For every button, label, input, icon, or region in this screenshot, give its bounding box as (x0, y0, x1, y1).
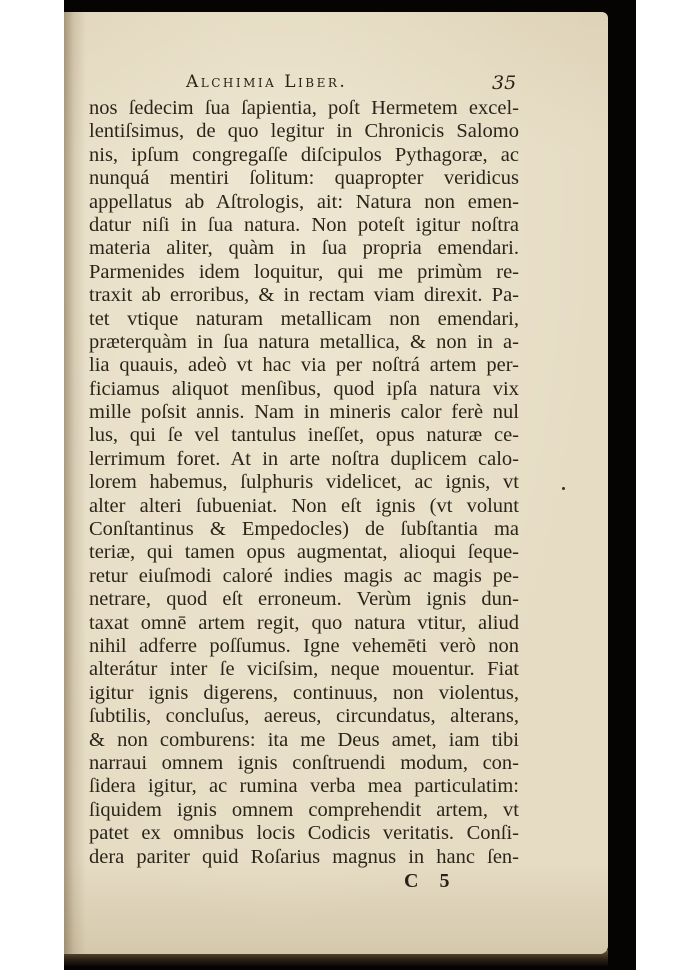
text-line: ſiquidem ignis omnem comprehendit artem,… (89, 799, 519, 822)
running-title: Alchimia Liber. (186, 72, 347, 92)
text-line: traxit ab erroribus, & in rectam viam di… (89, 284, 519, 307)
paper-speck (562, 487, 565, 490)
text-line: lentiſsimus, de quo legitur in Chronicis… (89, 120, 519, 143)
text-line: taxat omnē artem regit, quo natura vtitu… (89, 612, 519, 635)
text-line: datur niſi in ſua natura. Non poteſt igi… (89, 214, 519, 237)
text-line: nihil adferre poſſumus. Igne vehemēti ve… (89, 635, 519, 658)
text-line: mille poſsit annis. Nam in mineris calor… (89, 401, 519, 424)
text-line: nis, ipſum congregaſſe diſcipulos Pythag… (89, 144, 519, 167)
text-line: ſidera igitur, ac rumina verba mea parti… (89, 775, 519, 798)
text-line: alter alteri ſubueniat. Non eſt ignis (v… (89, 495, 519, 518)
text-line: retur eiuſmodi caloré indies magis ac ma… (89, 565, 519, 588)
text-line: ficiamus aliquot menſibus, quod ipſa nat… (89, 378, 519, 401)
body-text: nos ſedecim ſua ſapientia, poſt Hermetem… (89, 97, 519, 869)
page-number: 35 (492, 72, 516, 94)
text-line: alterátur inter ſe viciſsim, neque mouen… (89, 658, 519, 681)
text-line: appellatus ab Aſtrologis, ait: Natura no… (89, 191, 519, 214)
running-head: Alchimia Liber. 35 (64, 68, 608, 98)
text-line: lorem habemus, ſulphuris videlicet, ac i… (89, 471, 519, 494)
signature-mark: C 5 (404, 870, 449, 893)
text-line: lia quauis, adeò vt hac via per noſtrá a… (89, 354, 519, 377)
text-line: Parmenides idem loquitur, qui me primùm … (89, 261, 519, 284)
text-line: lerrimum foret. At in arte noſtra duplic… (89, 448, 519, 471)
text-line: & non comburens: ita me Deus amet, iam t… (89, 729, 519, 752)
text-line: materia aliter, quàm in ſua propria emen… (89, 237, 519, 260)
text-line: ſubtilis, concluſus, aereus, circundatus… (89, 705, 519, 728)
text-line: narraui omnem ignis conſtruendi modum, c… (89, 752, 519, 775)
text-line: dera pariter quid Roſarius magnus in han… (89, 846, 519, 869)
text-line: teriæ, qui tamen opus augmentat, alioqui… (89, 541, 519, 564)
text-line: Conſtantinus & Empedocles) de ſubſtantia… (89, 518, 519, 541)
book-page: Alchimia Liber. 35 nos ſedecim ſua ſapie… (64, 12, 608, 954)
text-line: nunquá mentiri ſolitum: quapropter verid… (89, 167, 519, 190)
text-line: lus, qui ſe vel tantulus ineſſet, opus n… (89, 424, 519, 447)
text-line: netrare, quod eſt erroneum. Verùm ignis … (89, 588, 519, 611)
text-line: tet vtique naturam metallicam non emenda… (89, 308, 519, 331)
text-line: nos ſedecim ſua ſapientia, poſt Hermetem… (89, 97, 519, 120)
text-line: igitur ignis digerens, continuus, non vi… (89, 682, 519, 705)
text-line: patet ex omnibus locis Codicis veritatis… (89, 822, 519, 845)
text-line: præterquàm in ſua natura metallica, & no… (89, 331, 519, 354)
